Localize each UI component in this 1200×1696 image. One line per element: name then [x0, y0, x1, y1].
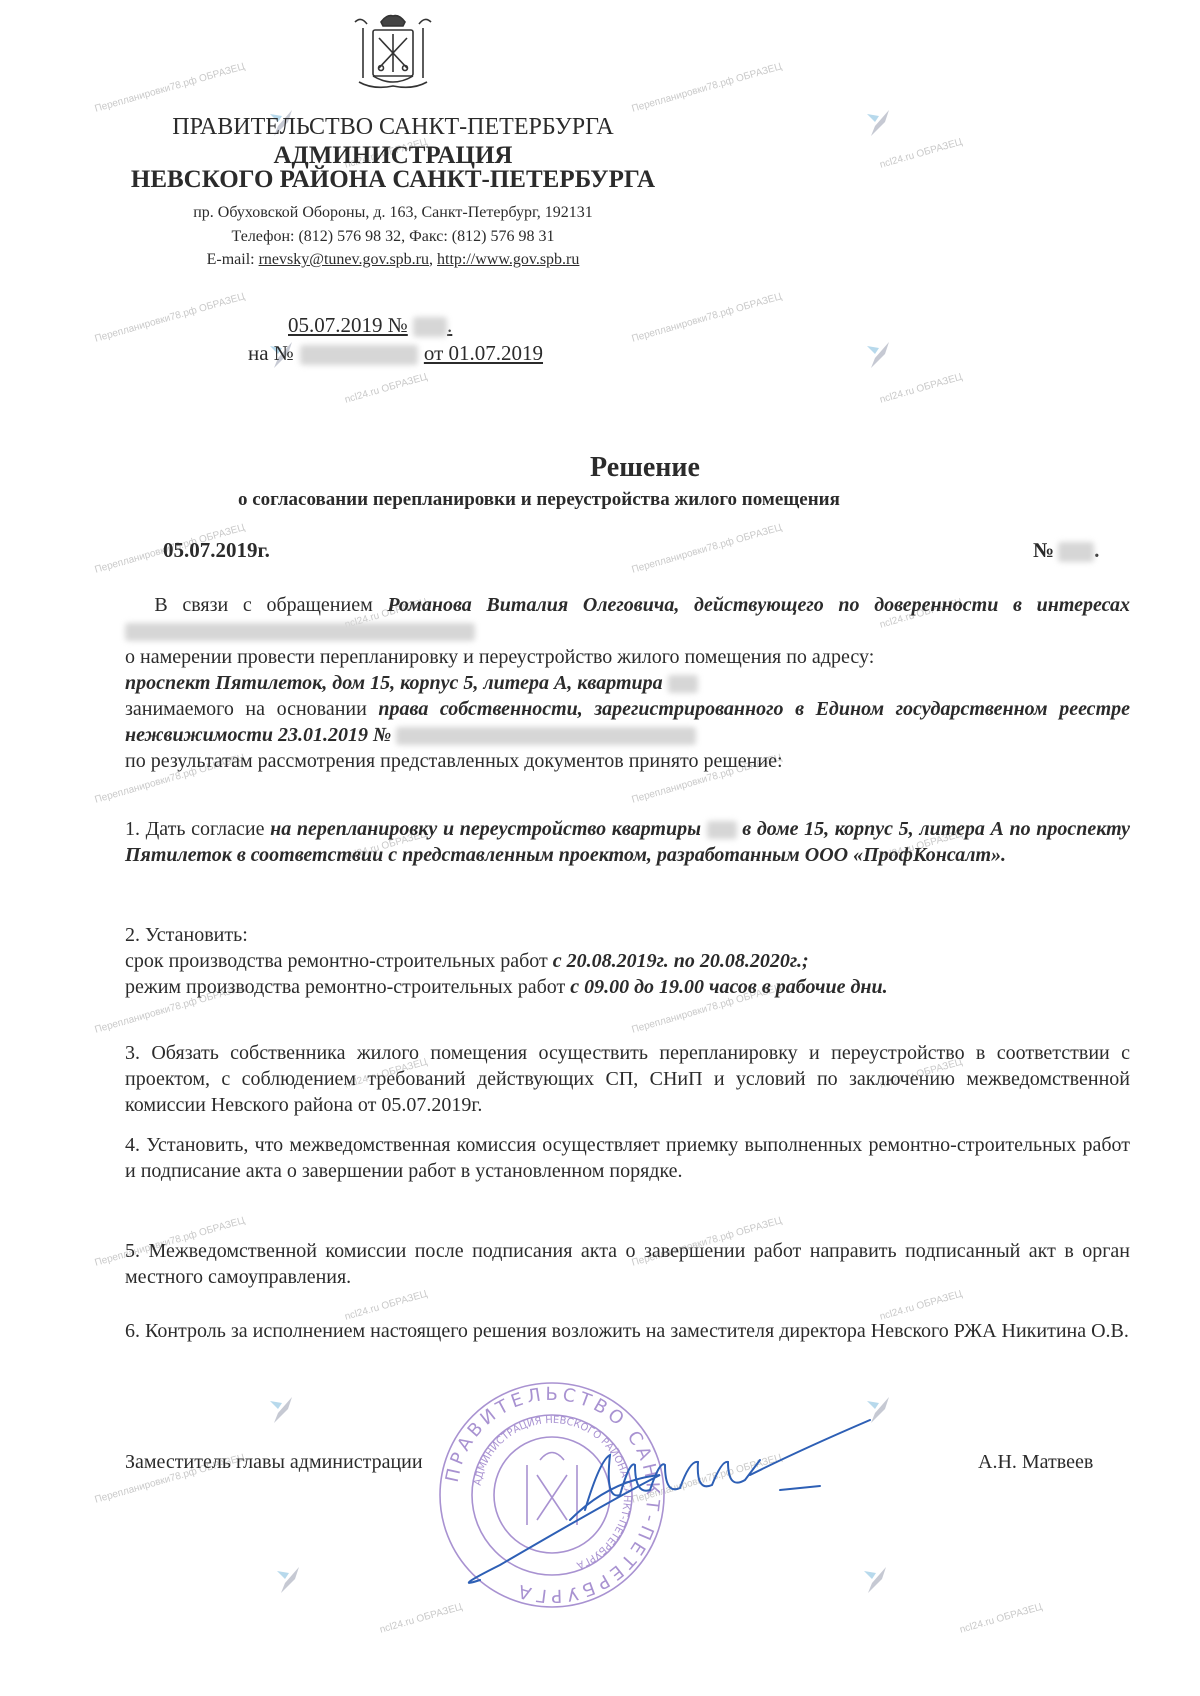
watermark: Перепланировки78.рф ОБРАЗЕЦ [630, 61, 783, 114]
ownership-paragraph: занимаемого на основании права собственн… [125, 696, 1130, 748]
redacted-owner-name [125, 623, 475, 641]
item-4: 4. Установить, что межведомственная коми… [125, 1132, 1130, 1184]
redacted-registry-number [396, 727, 696, 745]
coat-of-arms-icon [343, 12, 443, 94]
website-link[interactable]: http://www.gov.spb.ru [437, 251, 579, 268]
redacted-apartment [707, 821, 737, 839]
decision-date: 05.07.2019г. [163, 538, 270, 563]
document-subtitle: о согласовании перепланировки и переустр… [238, 489, 840, 511]
bird-watermark-icon [268, 1395, 298, 1425]
item-2-period: срок производства ремонтно-строительных … [125, 948, 1130, 974]
redacted-number [1058, 542, 1094, 562]
watermark: Перепланировки78.рф ОБРАЗЕЦ [93, 291, 246, 344]
registration-reference: на №от 01.07.2019 [248, 341, 543, 366]
decision-intro: по результатам рассмотрения представленн… [125, 748, 1130, 774]
item-5: 5. Межведомственной комиссии после подпи… [125, 1238, 1130, 1290]
applicant: Романова Виталия Олеговича, действующего… [387, 594, 1130, 616]
decision-number: №. [1033, 538, 1099, 563]
watermark: ncl24.ru ОБРАЗЕЦ [343, 372, 428, 406]
watermark: Перепланировки78.рф ОБРАЗЕЦ [630, 522, 783, 575]
contact-line: E-mail: rnevsky@tunev.gov.spb.ru, http:/… [0, 251, 786, 269]
government-title: ПРАВИТЕЛЬСТВО САНКТ-ПЕТЕРБУРГА [0, 114, 786, 141]
intro-paragraph: В связи с обращением Романова Виталия Ол… [125, 592, 1130, 644]
district-title: НЕВСКОГО РАЙОНА САНКТ-ПЕТЕРБУРГА [0, 166, 786, 194]
signatory-name: А.Н. Матвеев [978, 1451, 1093, 1474]
bird-watermark-icon [865, 108, 895, 138]
intent-line: о намерении провести перепланировку и пе… [125, 644, 1130, 670]
redacted-reference [300, 345, 418, 365]
watermark: ncl24.ru ОБРАЗЕЦ [878, 372, 963, 406]
handwritten-signature-icon [460, 1400, 940, 1600]
bird-watermark-icon [865, 340, 895, 370]
address-line: проспект Пятилеток, дом 15, корпус 5, ли… [125, 670, 1130, 696]
item-2-heading: 2. Установить: [125, 922, 1130, 948]
item-3: 3. Обязать собственника жилого помещения… [125, 1040, 1130, 1118]
item-2-hours: режим производства ремонтно-строительных… [125, 974, 1130, 1000]
address: пр. Обуховской Обороны, д. 163, Санкт-Пе… [0, 204, 786, 222]
watermark: ncl24.ru ОБРАЗЕЦ [878, 137, 963, 171]
item-1: 1. Дать согласие на перепланировку и пер… [125, 816, 1130, 868]
item-6: 6. Контроль за исполнением настоящего ре… [125, 1318, 1130, 1344]
redacted-apartment [668, 675, 698, 693]
email-link[interactable]: rnevsky@tunev.gov.spb.ru [259, 251, 429, 268]
phone-fax: Телефон: (812) 576 98 32, Факс: (812) 57… [0, 228, 786, 246]
registration-date: 05.07.2019 № . [288, 313, 452, 338]
watermark: Перепланировки78.рф ОБРАЗЕЦ [630, 291, 783, 344]
watermark: ncl24.ru ОБРАЗЕЦ [958, 1602, 1043, 1636]
email-label: E-mail: [207, 251, 259, 268]
bird-watermark-icon [275, 1565, 305, 1595]
signatory-role: Заместитель главы администрации [125, 1451, 423, 1474]
watermark: Перепланировки78.рф ОБРАЗЕЦ [93, 61, 246, 114]
document-title: Решение [0, 452, 1200, 484]
redacted-number [413, 317, 447, 337]
